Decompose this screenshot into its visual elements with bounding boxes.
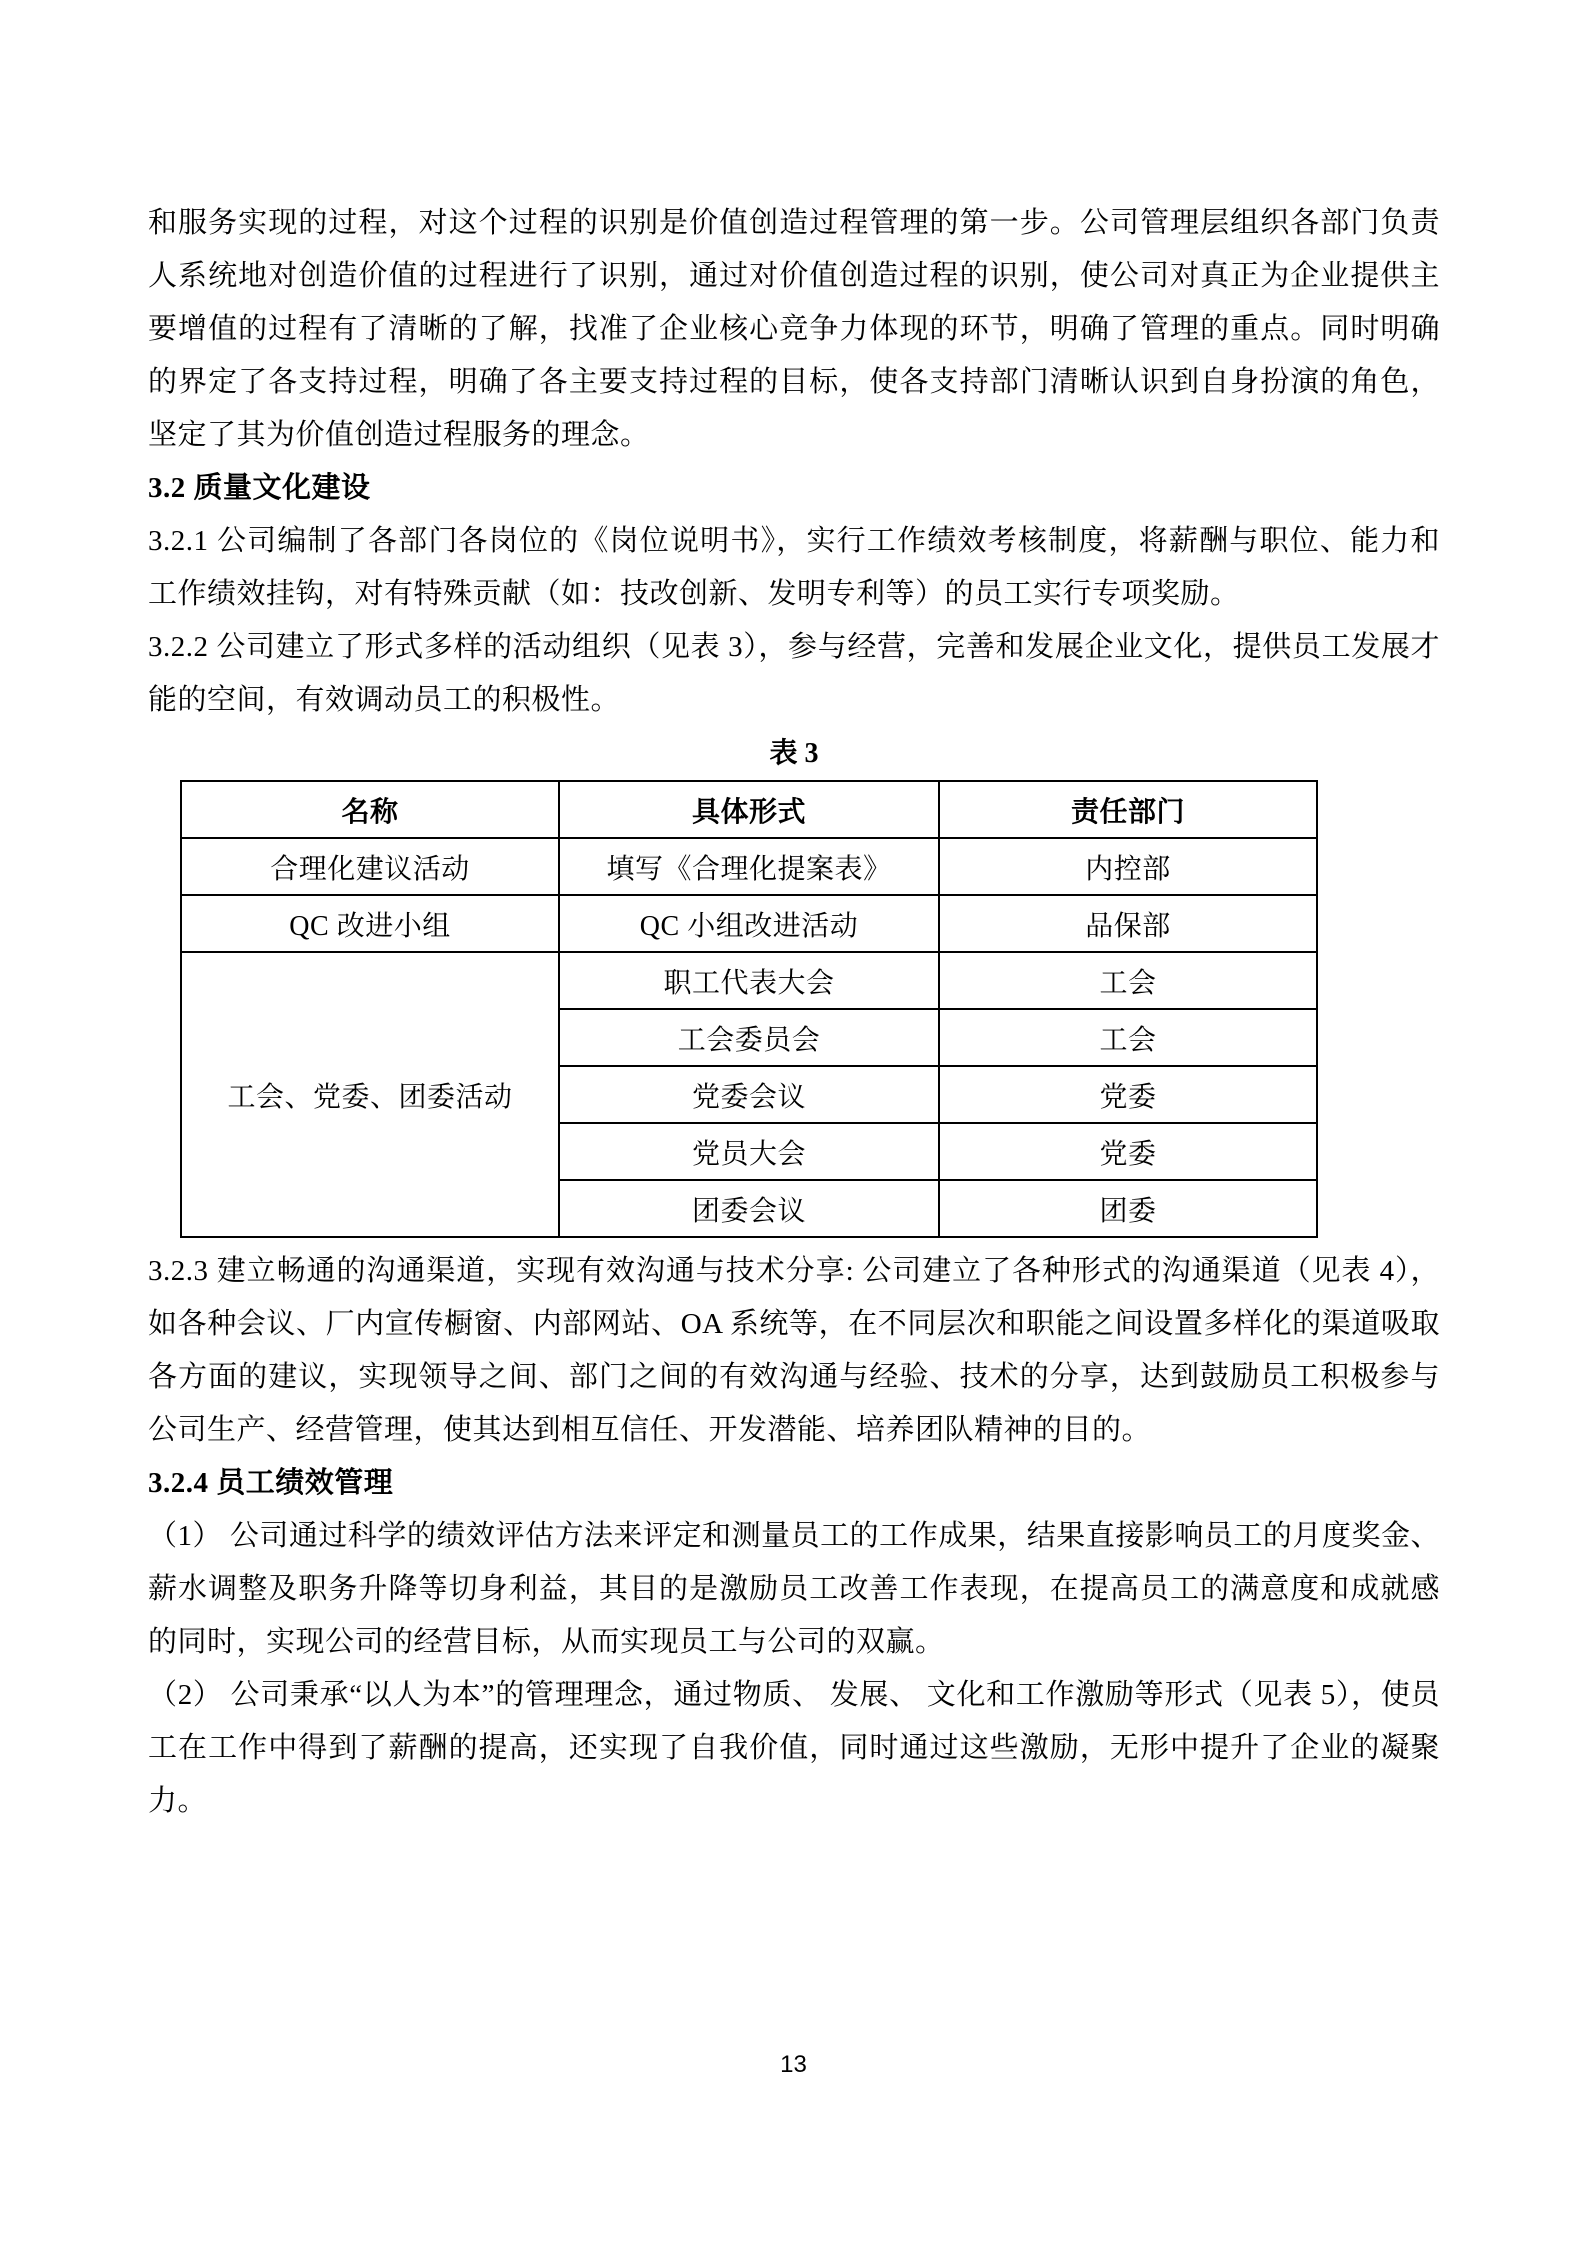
cell-activity-dept: 工会 xyxy=(939,952,1317,1009)
paragraph-3-2-4-item1: （1） 公司通过科学的绩效评估方法来评定和测量员工的工作成果，结果直接影响员工的… xyxy=(148,1510,1440,1669)
cell-activity-name: 合理化建议活动 xyxy=(181,838,559,895)
cell-activity-form: 工会委员会 xyxy=(559,1009,939,1066)
cell-activity-form: 党员大会 xyxy=(559,1123,939,1180)
cell-activity-dept: 团委 xyxy=(939,1180,1317,1237)
section-heading-3-2: 3.2 质量文化建设 xyxy=(148,462,1440,515)
cell-activity-form: 党委会议 xyxy=(559,1066,939,1123)
table-header-row: 名称 具体形式 责任部门 xyxy=(181,781,1317,838)
cell-activity-name: QC 改进小组 xyxy=(181,895,559,952)
cell-activity-dept: 工会 xyxy=(939,1009,1317,1066)
paragraph-3-2-2: 3.2.2 公司建立了形式多样的活动组织（见表 3），参与经营，完善和发展企业文… xyxy=(148,621,1440,727)
section-heading-3-2-4: 3.2.4 员工绩效管理 xyxy=(148,1457,1440,1510)
paragraph-intro: 和服务实现的过程，对这个过程的识别是价值创造过程管理的第一步。公司管理层组织各部… xyxy=(148,197,1440,462)
table3-header-dept: 责任部门 xyxy=(939,781,1317,838)
paragraph-3-2-1: 3.2.1 公司编制了各部门各岗位的《岗位说明书》，实行工作绩效考核制度，将薪酬… xyxy=(148,515,1440,621)
cell-activity-dept: 品保部 xyxy=(939,895,1317,952)
cell-activity-dept: 党委 xyxy=(939,1123,1317,1180)
table3-header-form: 具体形式 xyxy=(559,781,939,838)
paragraph-3-2-4-item2: （2） 公司秉承“以人为本”的管理理念，通过物质、 发展、 文化和工作激励等形式… xyxy=(148,1669,1440,1828)
paragraph-3-2-3: 3.2.3 建立畅通的沟通渠道，实现有效沟通与技术分享: 公司建立了各种形式的沟… xyxy=(148,1245,1440,1457)
cell-activity-form: 团委会议 xyxy=(559,1180,939,1237)
table-row: QC 改进小组 QC 小组改进活动 品保部 xyxy=(181,895,1317,952)
page-content: 和服务实现的过程，对这个过程的识别是价值创造过程管理的第一步。公司管理层组织各部… xyxy=(148,197,1440,1828)
table3-caption: 表 3 xyxy=(148,727,1440,780)
cell-merged-activity-name: 工会、党委、团委活动 xyxy=(181,952,559,1237)
page-number: 13 xyxy=(0,2050,1587,2080)
cell-activity-dept: 党委 xyxy=(939,1066,1317,1123)
document-page: 和服务实现的过程，对这个过程的识别是价值创造过程管理的第一步。公司管理层组织各部… xyxy=(0,0,1587,2245)
cell-activity-form: 填写《合理化提案表》 xyxy=(559,838,939,895)
cell-activity-dept: 内控部 xyxy=(939,838,1317,895)
table3: 名称 具体形式 责任部门 合理化建议活动 填写《合理化提案表》 内控部 QC 改… xyxy=(180,780,1318,1238)
table3-header-name: 名称 xyxy=(181,781,559,838)
table-row: 工会、党委、团委活动 职工代表大会 工会 xyxy=(181,952,1317,1009)
table-row: 合理化建议活动 填写《合理化提案表》 内控部 xyxy=(181,838,1317,895)
cell-activity-form: QC 小组改进活动 xyxy=(559,895,939,952)
cell-activity-form: 职工代表大会 xyxy=(559,952,939,1009)
